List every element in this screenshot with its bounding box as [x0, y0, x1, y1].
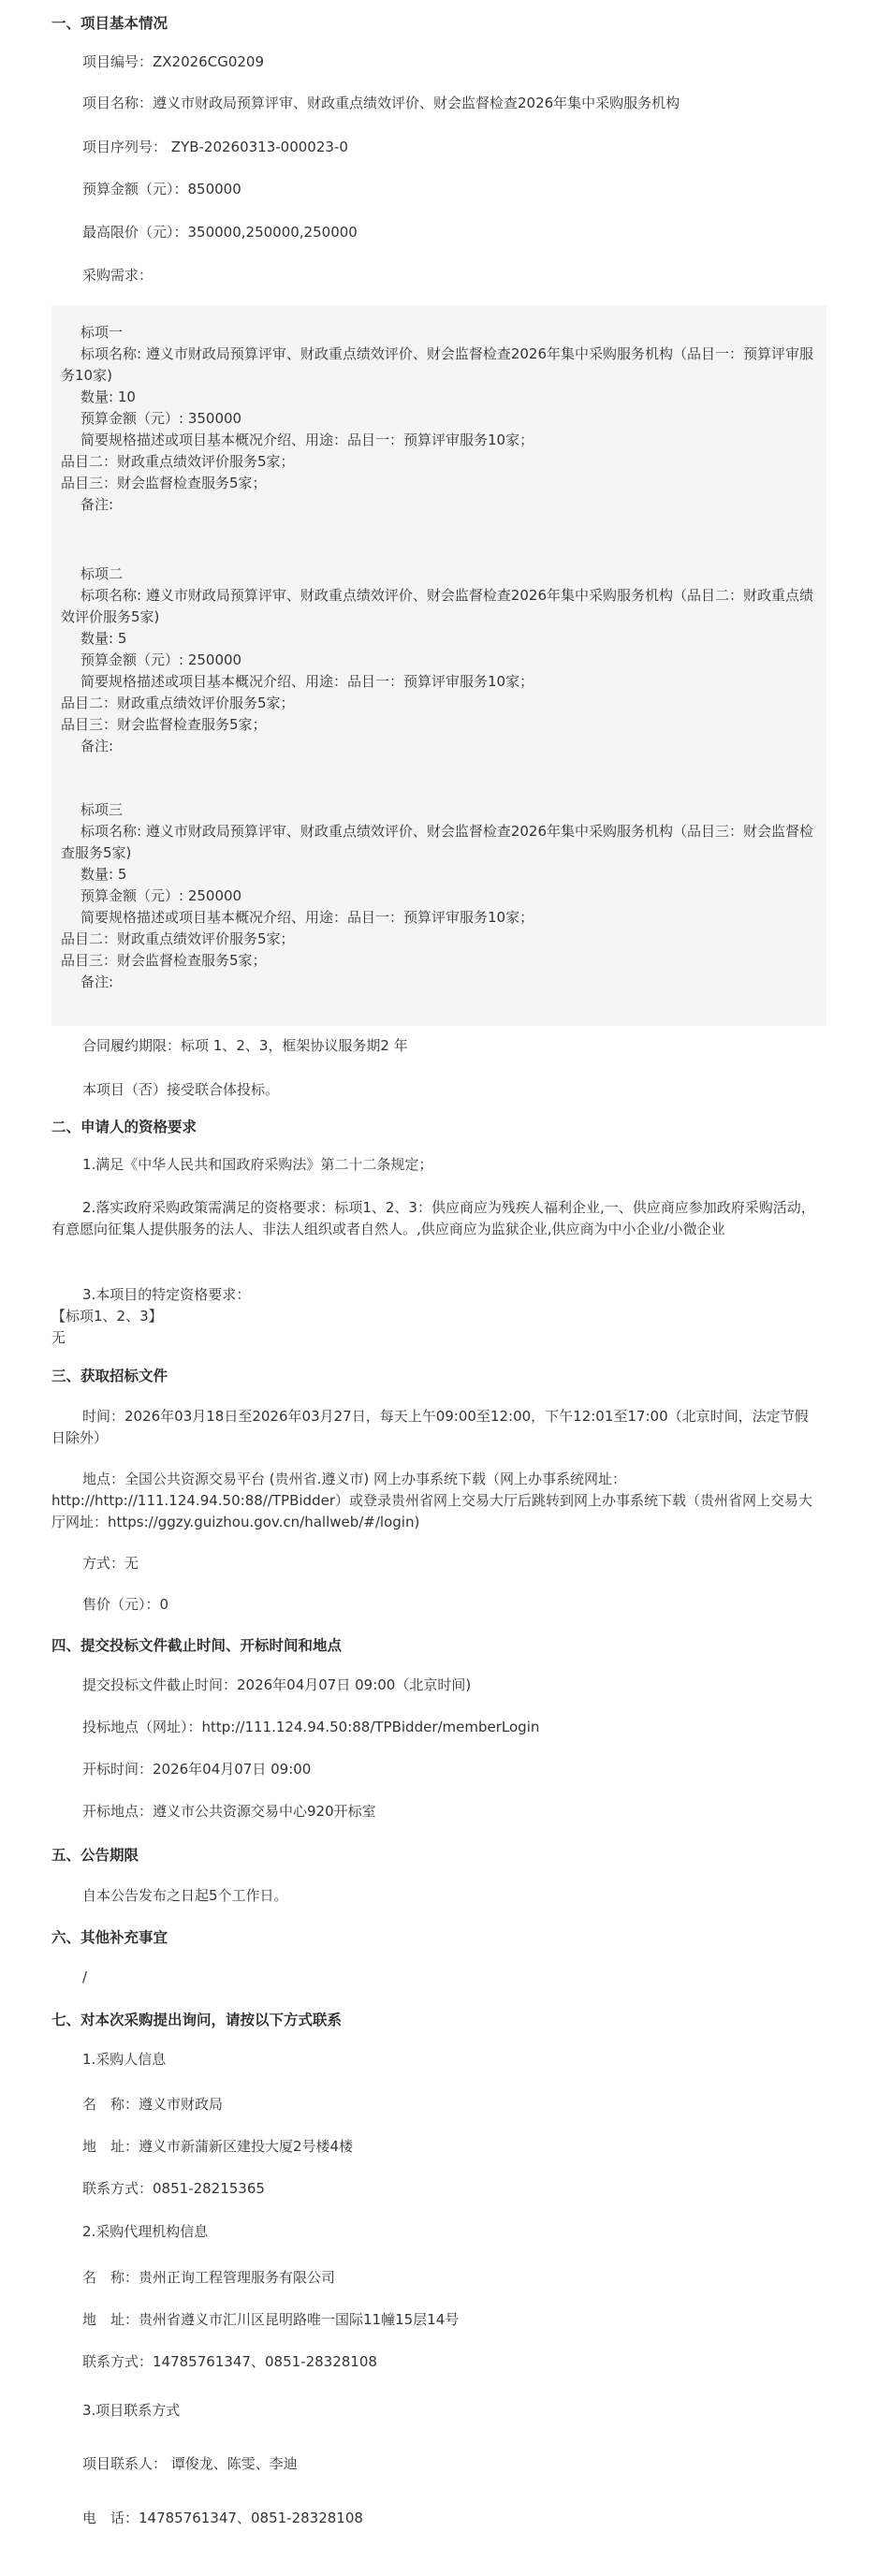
section-heading-contact: 七、对本次采购提出询问，请按以下方式联系: [51, 2010, 342, 2031]
project-phone: 电 话：14785761347、0851-28328108: [82, 2508, 363, 2529]
qualification-item-1: 1.满足《中华人民共和国政府采购法》第二十二条规定；: [82, 1154, 432, 1176]
lot-budget: 预算金额（元）: 250000: [61, 650, 814, 671]
submission-deadline: 提交投标文件截止时间：2026年04月07日 09:00（北京时间): [82, 1675, 471, 1696]
qualification-item-3-lots: 【标项1、2、3】: [51, 1306, 163, 1327]
project-number: 项目编号：ZX2026CG0209: [82, 51, 264, 73]
section-heading-obtain-documents: 三、获取招标文件: [51, 1366, 168, 1387]
lot-name: 标项名称: 遵义市财政局预算评审、财政重点绩效评价、财会监督检查2026年集中采…: [61, 585, 814, 628]
lot-remark: 备注:: [61, 972, 814, 993]
lot-1: 标项一 标项名称: 遵义市财政局预算评审、财政重点绩效评价、财会监督检查2026…: [61, 322, 814, 516]
lot-description-item-2: 品目二：财政重点绩效评价服务5家；: [61, 451, 814, 473]
project-contact-persons: 项目联系人： 谭俊龙、陈雯、李迪: [82, 2453, 298, 2475]
lot-name: 标项名称: 遵义市财政局预算评审、财政重点绩效评价、财会监督检查2026年集中采…: [61, 821, 814, 864]
opening-time: 开标时间：2026年04月07日 09:00: [82, 1759, 311, 1780]
lot-title: 标项二: [61, 563, 814, 585]
buyer-name: 名 称：遵义市财政局: [82, 2094, 223, 2115]
lot-description-item-3: 品目三：财会监督检查服务5家；: [61, 714, 814, 736]
section-heading-other-matters: 六、其他补充事宜: [51, 1927, 168, 1949]
agent-address: 地 址：贵州省遵义市汇川区昆明路唯一国际11幢15层14号: [82, 2309, 459, 2331]
section-heading-basic-info: 一、项目基本情况: [51, 13, 168, 35]
lot-title: 标项三: [61, 799, 814, 821]
qualification-item-2: 2.落实政府采购政策需满足的资格要求：标项1、2、3：供应商应为残疾人福利企业,…: [51, 1197, 819, 1240]
lot-remark: 备注:: [61, 494, 814, 516]
agent-name: 名 称：贵州正询工程管理服务有限公司: [82, 2267, 335, 2289]
obtain-place[interactable]: 地点：全国公共资源交易平台 (贵州省.遵义市) 网上办事系统下载（网上办事系统网…: [51, 1469, 819, 1533]
notice-period-text: 自本公告发布之日起5个工作日。: [82, 1885, 288, 1907]
section-heading-qualifications: 二、申请人的资格要求: [51, 1117, 197, 1138]
document-price: 售价（元）：0: [82, 1594, 168, 1616]
lot-3: 标项三 标项名称: 遵义市财政局预算评审、财政重点绩效评价、财会监督检查2026…: [61, 799, 814, 993]
obtain-method: 方式：无: [82, 1553, 139, 1574]
lot-description: 简要规格描述或项目基本概况介绍、用途：品目一：预算评审服务10家；: [61, 671, 814, 693]
consortium-bid: 本项目（否）接受联合体投标。: [82, 1079, 279, 1101]
qualification-item-3: 3.本项目的特定资格要求：: [82, 1284, 250, 1306]
lot-quantity: 数量: 5: [61, 864, 814, 885]
lot-description-item-3: 品目三：财会监督检查服务5家；: [61, 473, 814, 494]
lot-description-item-2: 品目二：财政重点绩效评价服务5家；: [61, 693, 814, 714]
agent-info-title: 2.采购代理机构信息: [82, 2221, 208, 2243]
lot-description: 简要规格描述或项目基本概况介绍、用途：品目一：预算评审服务10家；: [61, 907, 814, 929]
project-contact-title: 3.项目联系方式: [82, 2400, 180, 2422]
project-serial: 项目序列号： ZYB-20260313-000023-0: [82, 137, 348, 158]
demand-label: 采购需求：: [82, 265, 153, 286]
bid-place-url[interactable]: 投标地点（网址）：http://111.124.94.50:88/TPBidde…: [82, 1717, 539, 1738]
lot-budget: 预算金额（元）: 250000: [61, 885, 814, 907]
qualification-item-3-value: 无: [51, 1327, 66, 1349]
lot-title: 标项一: [61, 322, 814, 344]
agent-contact: 联系方式：14785761347、0851-28328108: [82, 2351, 377, 2373]
buyer-contact: 联系方式：0851-28215365: [82, 2178, 265, 2200]
project-name: 项目名称：遵义市财政局预算评审、财政重点绩效评价、财会监督检查2026年集中采购…: [82, 93, 680, 114]
lot-quantity: 数量: 10: [61, 387, 814, 408]
lot-budget: 预算金额（元）: 350000: [61, 408, 814, 430]
lot-description: 简要规格描述或项目基本概况介绍、用途：品目一：预算评审服务10家；: [61, 430, 814, 451]
buyer-info-title: 1.采购人信息: [82, 2049, 166, 2071]
opening-place: 开标地点：遵义市公共资源交易中心920开标室: [82, 1801, 376, 1822]
lot-remark: 备注:: [61, 736, 814, 757]
section-heading-deadline: 四、提交投标文件截止时间、开标时间和地点: [51, 1635, 342, 1657]
lot-description-item-3: 品目三：财会监督检查服务5家；: [61, 950, 814, 972]
budget-amount: 预算金额（元）：850000: [82, 179, 241, 200]
buyer-address: 地 址：遵义市新蒲新区建投大厦2号楼4楼: [82, 2136, 353, 2158]
contract-period: 合同履约期限：标项 1、2、3，框架协议服务期2 年: [82, 1035, 408, 1057]
obtain-time: 时间：2026年03月18日至2026年03月27日，每天上午09:00至12:…: [51, 1406, 819, 1449]
other-matters-text: /: [82, 1967, 87, 1988]
lot-2: 标项二 标项名称: 遵义市财政局预算评审、财政重点绩效评价、财会监督检查2026…: [61, 563, 814, 757]
lot-name: 标项名称: 遵义市财政局预算评审、财政重点绩效评价、财会监督检查2026年集中采…: [61, 344, 814, 387]
lot-description-item-2: 品目二：财政重点绩效评价服务5家；: [61, 929, 814, 950]
section-heading-notice-period: 五、公告期限: [51, 1845, 139, 1866]
lot-quantity: 数量: 5: [61, 628, 814, 650]
max-price: 最高限价（元）：350000,250000,250000: [82, 222, 358, 243]
